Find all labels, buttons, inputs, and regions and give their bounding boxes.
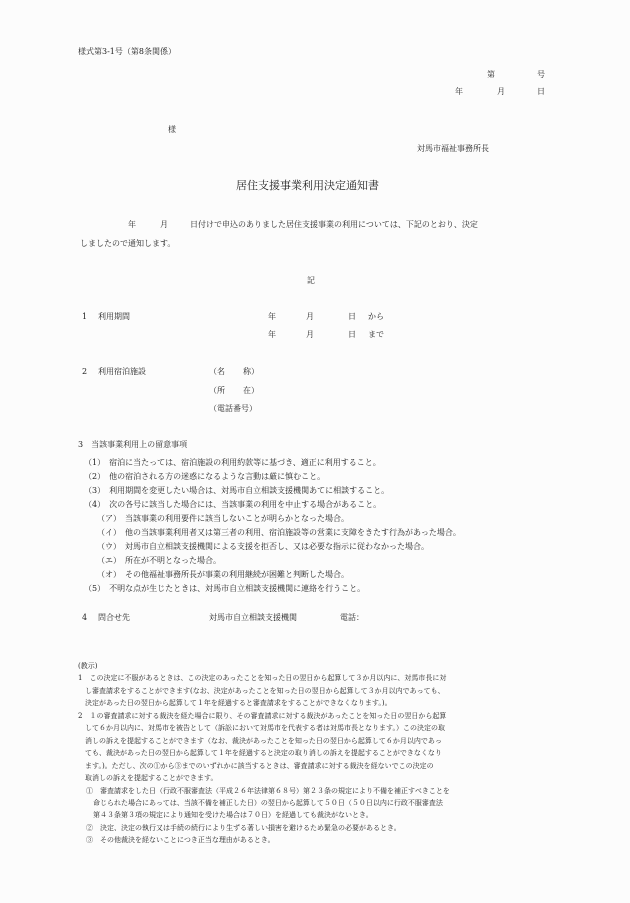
notes-subitem-i: （イ） 他の当該事業利用者又は第三者の利用、宿泊施設等の営業に支障をきたす行為が… <box>97 529 461 537</box>
contact-org: 対馬市自立相談支援機関 <box>209 614 297 622</box>
section4-number: 4 <box>82 614 87 622</box>
notice-line: し審査請求をすることができます(なお、決定があったことを知った日の翌日から起算し… <box>78 688 445 695</box>
notice-line: ② 決定、決定の執行又は手続の続行により生ずる著しい損害を避けるため緊急の必要が… <box>86 825 401 832</box>
notes-item-3: （3） 利用期間を変更したい場合は、対馬市自立相談支援機関あてに相談すること。 <box>84 487 389 495</box>
recipient-suffix: 様 <box>168 126 176 134</box>
sender: 対馬市福祉事務所長 <box>417 145 489 153</box>
notes-item-2: （2） 他の宿泊される方の迷惑になるような言動は厳に慎むこと。 <box>84 473 325 481</box>
intro-line-1: 日付けで申込のありました居住支援事業の利用については、下記のとおり、決定 <box>190 221 478 229</box>
notice-line: 取消しの訴えを提起することができます。 <box>78 775 217 782</box>
period-to-year: 年 <box>268 331 276 339</box>
doc-number-suffix: 号 <box>537 71 545 79</box>
date-day: 日 <box>537 88 545 96</box>
facility-phone-label: （電話番号） <box>209 405 257 413</box>
notes-subitem-e: （エ） 所在が不明となった場合。 <box>97 557 221 565</box>
notice-line: ① 審査請求をした日（行政不服審査法（平成２６年法律第６８号）第２３条の規定によ… <box>86 788 450 795</box>
intro-year: 年 <box>128 221 136 229</box>
notice-line: 消しの訴えを提起することができます（なお、裁決があったことを知った日の翌日から起… <box>78 738 442 745</box>
period-from-year: 年 <box>268 313 276 321</box>
contact-phone-label: 電話： <box>340 614 364 622</box>
period-to-month: 月 <box>306 331 314 339</box>
period-from-suffix: から <box>368 313 384 321</box>
period-from-month: 月 <box>306 313 314 321</box>
notice-line: ③ その他裁決を経ないことにつき正当な理由があるとき。 <box>86 837 275 844</box>
facility-address-label-a: （所 <box>209 387 225 395</box>
notes-item-4: （4） 次の各号に該当した場合には、当該事業の利用を中止する場合があること。 <box>84 501 381 509</box>
notes-subitem-o: （オ） その他福祉事務所長が事業の利用継続が困難と判断した場合。 <box>97 571 349 579</box>
section2-number: 2 <box>82 368 87 376</box>
notes-item-1: （1） 宿泊に当たっては、宿泊施設の利用約款等に基づき、適正に利用すること。 <box>84 459 381 467</box>
document-title: 居住支援事業利用決定通知書 <box>236 180 379 191</box>
period-to-suffix: まで <box>368 331 384 339</box>
section1-number: 1 <box>82 313 87 321</box>
form-number: 様式第3-1号（第8条関係） <box>78 48 176 56</box>
facility-name-label-b: 称） <box>243 368 259 376</box>
section3-heading: 3 当該事業利用上の留意事項 <box>78 441 187 449</box>
notice-line: 1 この決定に不服があるときは、この決定のあったことを知った日の翌日から起算して… <box>78 675 446 682</box>
date-year: 年 <box>455 88 463 96</box>
section4-label: 問合せ先 <box>98 614 130 622</box>
notice-line: ます。)。ただし、次の①から③までのいずれかに該当するときは、審査請求に対する裁… <box>78 763 434 770</box>
notice-line: して６か月以内に、対馬市を被告として（訴訟において対馬市を代表する者は対馬市長と… <box>78 725 445 732</box>
date-month: 月 <box>497 88 505 96</box>
intro-month: 月 <box>160 221 168 229</box>
period-from-day: 日 <box>348 313 356 321</box>
notes-subitem-a: （ア） 当該事業の利用要件に該当しないことが明らかとなった場合。 <box>97 515 349 523</box>
facility-name-label-a: （名 <box>209 368 225 376</box>
notes-subitem-u: （ウ） 対馬市自立相談支援機関による支援を拒否し、又は必要な指示に従わなかった場… <box>97 543 429 551</box>
notice-heading: (教示) <box>78 663 97 670</box>
notice-line: 2 １の審査請求に対する裁決を経た場合に限り、その審査請求に対する裁決があったこ… <box>78 713 446 720</box>
notice-line: 第４３条第３項の規定により通知を受けた場合は７０日）を経過しても裁決がないとき。 <box>86 812 373 819</box>
intro-line-2: しましたので通知します。 <box>80 240 175 248</box>
notice-line: ても、裁決があった日の翌日から起算して１年を経過すると決定の取り消しの訴えを提起… <box>78 750 442 757</box>
notice-line: 命じられた場合にあっては、当該不備を補正した日）の翌日から起算して５０日（５０日… <box>86 800 443 807</box>
ki-label: 記 <box>307 277 315 285</box>
notice-line: 決定があった日の翌日から起算して１年を経過すると審査請求をすることができなくなり… <box>78 700 392 707</box>
facility-address-label-b: 在） <box>243 387 259 395</box>
doc-number-prefix: 第 <box>487 71 495 79</box>
period-to-day: 日 <box>348 331 356 339</box>
section2-label: 利用宿泊施設 <box>98 368 146 376</box>
section1-label: 利用期間 <box>98 313 130 321</box>
notes-item-5: （5） 不明な点が生じたときは、対馬市自立相談支援機関に連絡を行うこと。 <box>84 585 365 593</box>
